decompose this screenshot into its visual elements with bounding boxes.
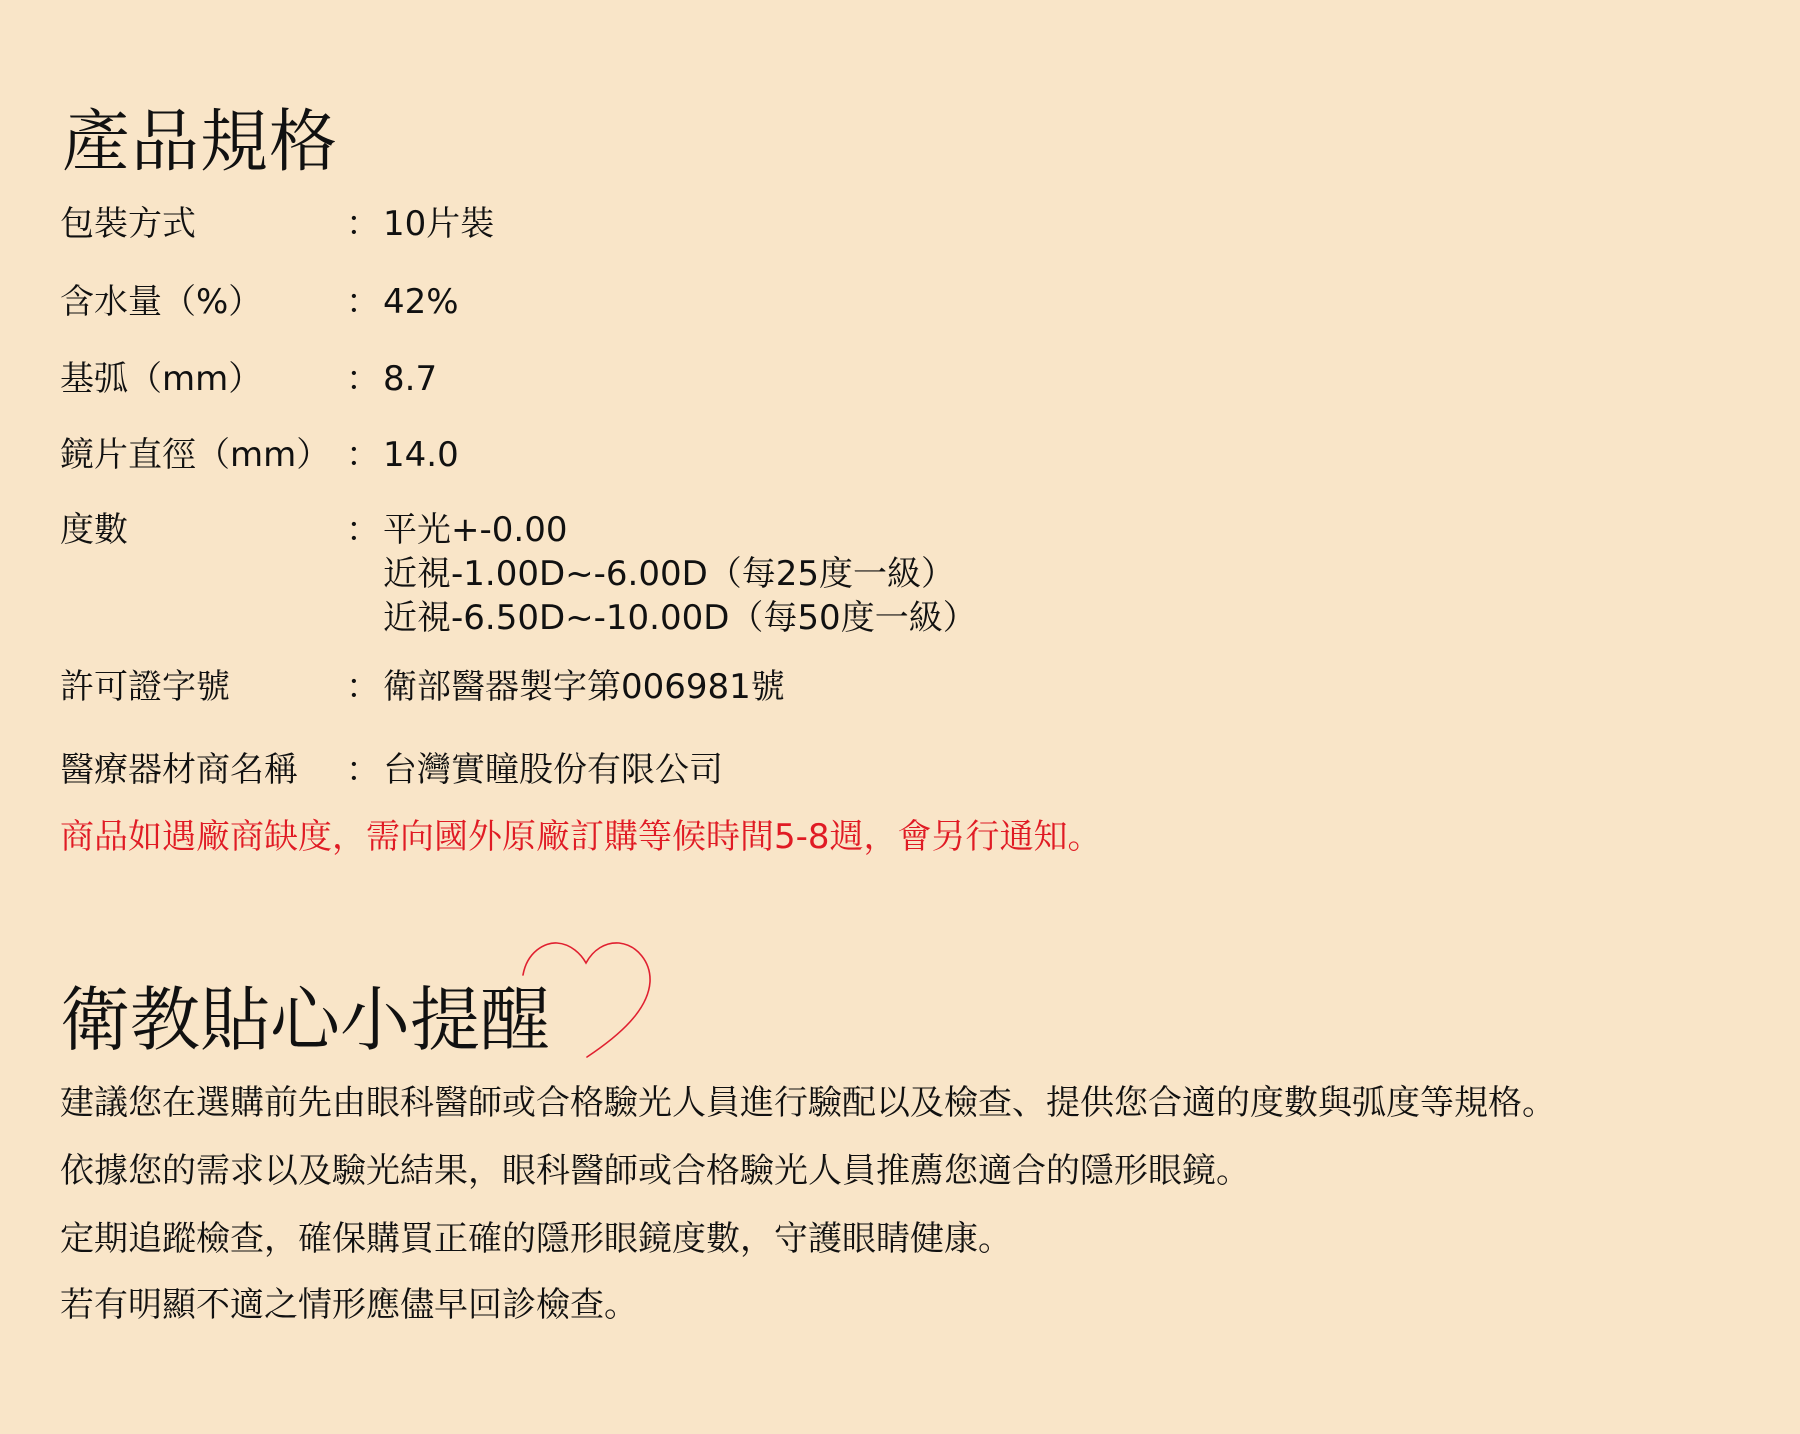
spec-value: 14.0 xyxy=(383,433,459,477)
spec-label: 度數 xyxy=(60,508,128,552)
tip-item: 建議您在選購前先由眼科醫師或合格驗光人員進行驗配以及檢查、提供您合適的度數與弧度… xyxy=(60,1081,1556,1125)
spec-label: 包裝方式 xyxy=(60,202,196,246)
heart-outline-icon xyxy=(505,930,675,1070)
spec-separator: ： xyxy=(346,665,380,709)
spec-value: 10片裝 xyxy=(383,202,494,246)
tips-title: 衛教貼心小提醒 xyxy=(60,975,550,1065)
spec-value: 台灣實瞳股份有限公司 xyxy=(383,748,723,792)
spec-separator: ： xyxy=(346,748,380,792)
tip-item: 若有明顯不適之情形應儘早回診檢查。 xyxy=(60,1283,638,1327)
tip-item: 定期追蹤檢查，確保購買正確的隱形眼鏡度數，守護眼睛健康。 xyxy=(60,1217,1012,1261)
tip-item: 依據您的需求以及驗光結果，眼科醫師或合格驗光人員推薦您適合的隱形眼鏡。 xyxy=(60,1149,1250,1193)
spec-label: 含水量（%） xyxy=(60,280,262,324)
spec-value-line: 近視-1.00D~-6.00D（每25度一級） xyxy=(383,552,977,596)
spec-separator: ： xyxy=(346,433,380,477)
spec-label: 醫療器材商名稱 xyxy=(60,748,298,792)
spec-value: 42% xyxy=(383,280,459,324)
spec-value-list: 平光+-0.00 近視-1.00D~-6.00D（每25度一級） 近視-6.50… xyxy=(383,508,977,640)
spec-separator: ： xyxy=(346,508,380,552)
spec-separator: ： xyxy=(346,280,380,324)
spec-value: 8.7 xyxy=(383,357,437,401)
spec-label: 基弧（mm） xyxy=(60,357,262,401)
spec-value-line: 近視-6.50D~-10.00D（每50度一級） xyxy=(383,596,977,640)
stock-notice: 商品如遇廠商缺度，需向國外原廠訂購等候時間5-8週，會另行通知。 xyxy=(60,815,1102,859)
spec-label: 許可證字號 xyxy=(60,665,230,709)
spec-value-line: 平光+-0.00 xyxy=(383,508,977,552)
spec-separator: ： xyxy=(346,202,380,246)
specs-title: 產品規格 xyxy=(62,100,338,186)
spec-value: 衛部醫器製字第006981號 xyxy=(383,665,785,709)
spec-label: 鏡片直徑（mm） xyxy=(60,433,330,477)
spec-separator: ： xyxy=(346,357,380,401)
